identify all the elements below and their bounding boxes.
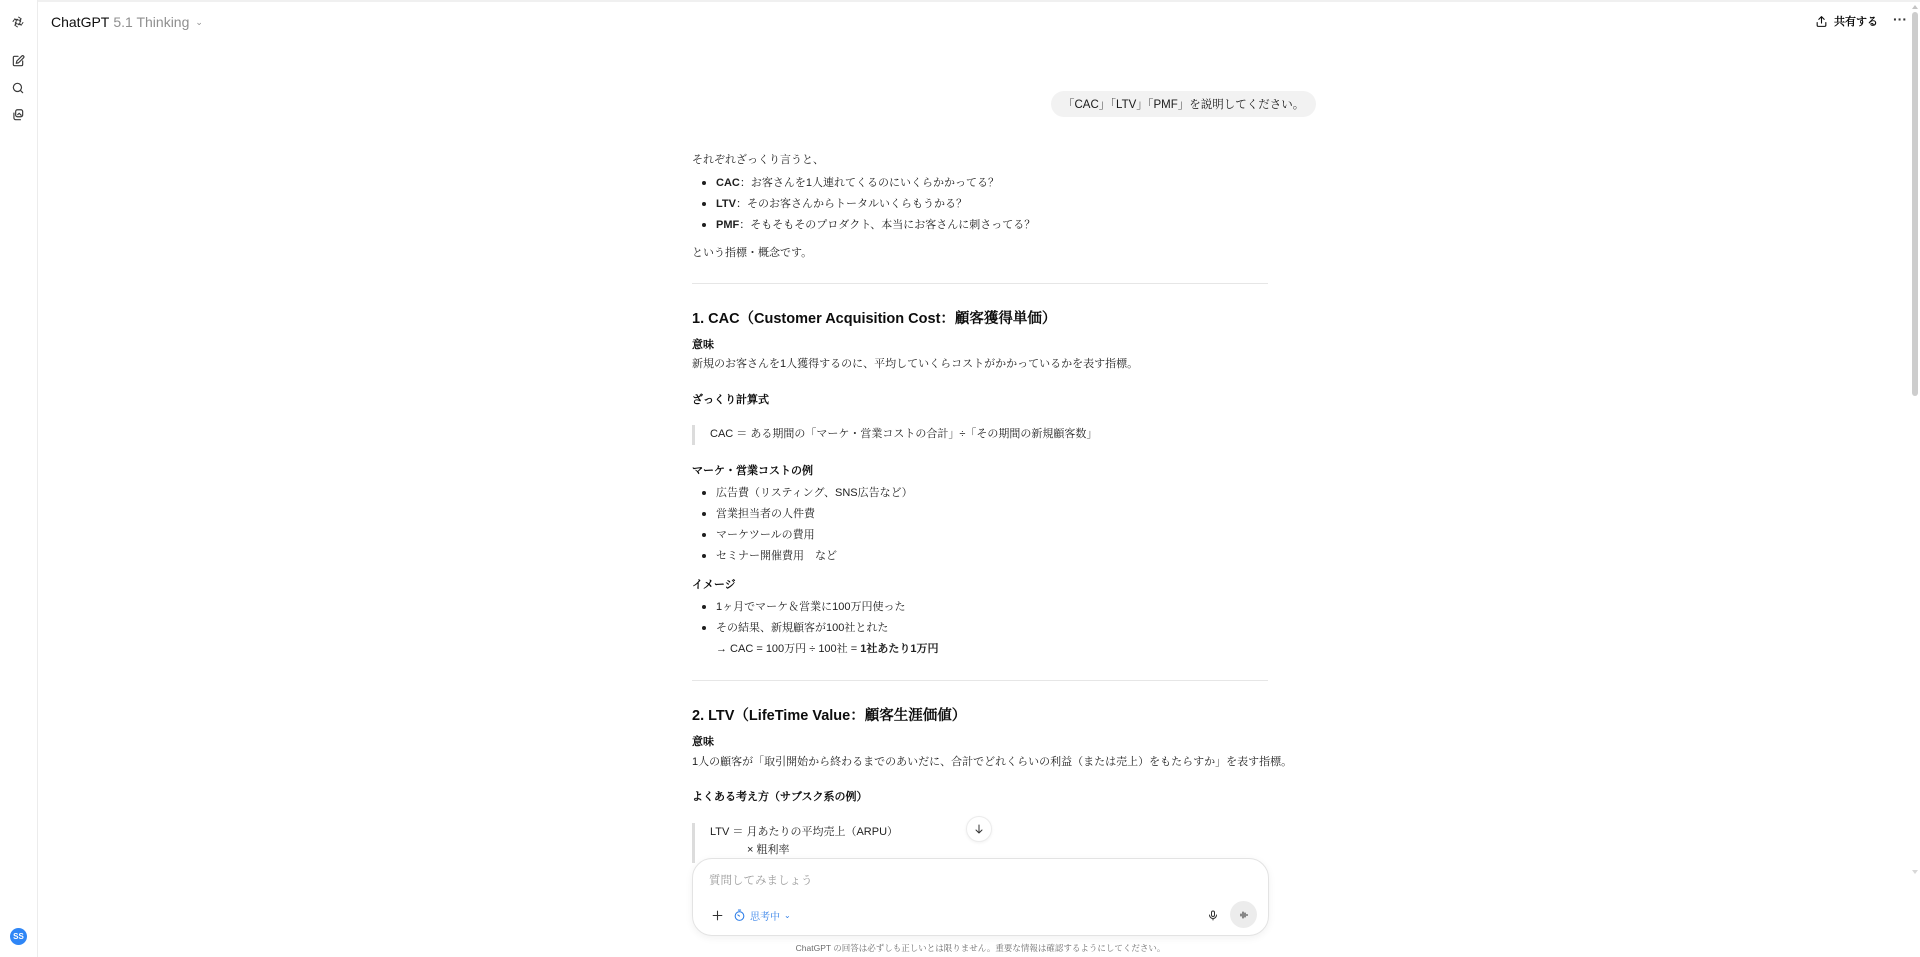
chevron-down-icon: ⌄	[195, 17, 203, 28]
term-description: ：そもそもそのプロダクト、本当にお客さんに刺さってる？	[739, 219, 1035, 231]
list-item: CAC：お客さんを1人連れてくるのにいくらかかってる？	[692, 173, 1035, 194]
cac-result-bold: 1社あたり1万円	[860, 643, 938, 655]
waveform-icon	[1238, 909, 1250, 921]
cac-formula-blockquote: CAC ＝ ある期間の「マーケ・営業コストの合計」÷「その期間の新規顧客数」	[692, 425, 1097, 445]
disclaimer-text: ChatGPT の回答は必ずしも正しいとは限りません。重要な情報は確認するように…	[692, 942, 1269, 954]
share-label: 共有する	[1834, 13, 1878, 29]
list-item: その結果、新規顧客が100社とれた → CAC = 100万円 ÷ 100社 =…	[692, 618, 938, 660]
section-title-ltv: 2. LTV（LifeTime Value：顧客生涯価値）	[692, 704, 966, 725]
divider	[692, 680, 1268, 681]
list-item: 広告費（リスティング、SNS広告など）	[692, 483, 913, 504]
attach-button[interactable]	[707, 905, 727, 925]
openai-logo-icon[interactable]	[7, 11, 29, 33]
scroll-down-arrow-icon[interactable]	[1912, 870, 1918, 874]
top-border	[0, 0, 1920, 2]
arrow-down-icon	[973, 823, 985, 835]
scroll-up-arrow-icon[interactable]	[1912, 5, 1918, 9]
term-ltv: LTV	[716, 198, 736, 210]
ltv-formula-blockquote: LTV ＝ 月あたりの平均売上（ARPU） × 粗利率	[692, 823, 898, 863]
prompt-input[interactable]	[709, 871, 1249, 891]
scrollbar[interactable]	[1910, 0, 1920, 957]
cac-image-list: 1ヶ月でマーケ＆営業に100万円使った その結果、新規顧客が100社とれた → …	[692, 597, 938, 660]
answer-intro-end: という指標・概念です。	[692, 245, 812, 261]
model-name: 5.1 Thinking	[113, 14, 189, 30]
answer-intro: それぞれざっくり言うと、	[692, 152, 824, 168]
list-item: LTV：そのお客さんからトータルいくらもうかる？	[692, 194, 1035, 215]
stopwatch-icon	[733, 909, 746, 922]
cac-formula-label: ざっくり計算式	[692, 391, 769, 407]
microphone-icon	[1207, 909, 1219, 922]
term-cac: CAC	[716, 177, 740, 189]
new-chat-button[interactable]	[7, 50, 29, 72]
cac-image-label: イメージ	[692, 576, 736, 592]
brand-name: ChatGPT	[51, 14, 109, 30]
share-button[interactable]: 共有する	[1815, 13, 1878, 29]
thinking-mode-button[interactable]: 思考中 ⌄	[733, 906, 791, 924]
ltv-formula-line2: × 粗利率	[710, 841, 898, 859]
model-selector[interactable]: ChatGPT 5.1 Thinking ⌄	[51, 14, 203, 30]
library-button[interactable]	[7, 104, 29, 126]
scroll-to-bottom-button[interactable]	[966, 816, 992, 842]
thinking-label: 思考中	[750, 908, 780, 923]
cac-formula: CAC ＝ ある期間の「マーケ・営業コストの合計」÷「その期間の新規顧客数」	[710, 428, 1097, 440]
list-item: 営業担当者の人件費	[692, 504, 913, 525]
chevron-down-icon: ⌄	[784, 911, 791, 920]
edit-icon	[11, 54, 25, 68]
term-description: ：お客さんを1人連れてくるのにいくらかかってる？	[740, 177, 999, 189]
section-title-cac: 1. CAC（Customer Acquisition Cost：顧客獲得単価）	[692, 307, 1056, 328]
search-button[interactable]	[7, 77, 29, 99]
cac-result-prefix: → CAC = 100万円 ÷ 100社 =	[716, 643, 860, 655]
share-icon	[1815, 15, 1828, 28]
images-icon	[11, 108, 25, 122]
list-item: 1ヶ月でマーケ＆営業に100万円使った	[692, 597, 938, 618]
term-pmf: PMF	[716, 219, 739, 231]
more-options-button[interactable]: ···	[1893, 11, 1907, 27]
summary-list: CAC：お客さんを1人連れてくるのにいくらかかってる？ LTV：そのお客さんから…	[692, 173, 1035, 236]
cac-costs-list: 広告費（リスティング、SNS広告など） 営業担当者の人件費 マーケツールの費用 …	[692, 483, 913, 567]
user-message-bubble: 「CAC」「LTV」「PMF」を説明してください。	[1051, 91, 1316, 117]
sidebar-rail: SS	[0, 0, 38, 957]
cac-meaning: 新規のお客さんを1人獲得するのに、平均していくらコストがかかっているかを表す指標…	[692, 356, 1138, 372]
ltv-meaning: 1人の顧客が「取引開始から終わるまでのあいだに、合計でどれくらいの利益（または売…	[692, 754, 1292, 770]
search-icon	[11, 81, 25, 95]
scrollbar-thumb[interactable]	[1912, 12, 1918, 396]
list-item: セミナー開催費用 など	[692, 546, 913, 567]
term-description: ：そのお客さんからトータルいくらもうかる？	[736, 198, 967, 210]
list-item-text: その結果、新規顧客が100社とれた	[716, 622, 888, 634]
cac-meaning-label: 意味	[692, 336, 714, 352]
ltv-approach-label: よくある考え方（サブスク系の例）	[692, 788, 868, 804]
chatgpt-app: SS ChatGPT 5.1 Thinking ⌄ 共有する ··· 「CAC」…	[0, 0, 1920, 957]
divider	[692, 283, 1268, 284]
avatar[interactable]: SS	[10, 928, 27, 945]
voice-mode-button[interactable]	[1230, 901, 1257, 928]
cac-costs-label: マーケ・営業コストの例	[692, 462, 813, 478]
plus-icon	[711, 909, 724, 922]
ltv-formula-line1: LTV ＝ 月あたりの平均売上（ARPU）	[710, 823, 898, 841]
ltv-meaning-label: 意味	[692, 733, 714, 749]
list-item: マーケツールの費用	[692, 525, 913, 546]
dictate-button[interactable]	[1203, 905, 1223, 925]
list-item: PMF：そもそもそのプロダクト、本当にお客さんに刺さってる？	[692, 215, 1035, 236]
composer: 思考中 ⌄	[692, 858, 1269, 936]
cac-result-line: → CAC = 100万円 ÷ 100社 = 1社あたり1万円	[716, 639, 938, 660]
